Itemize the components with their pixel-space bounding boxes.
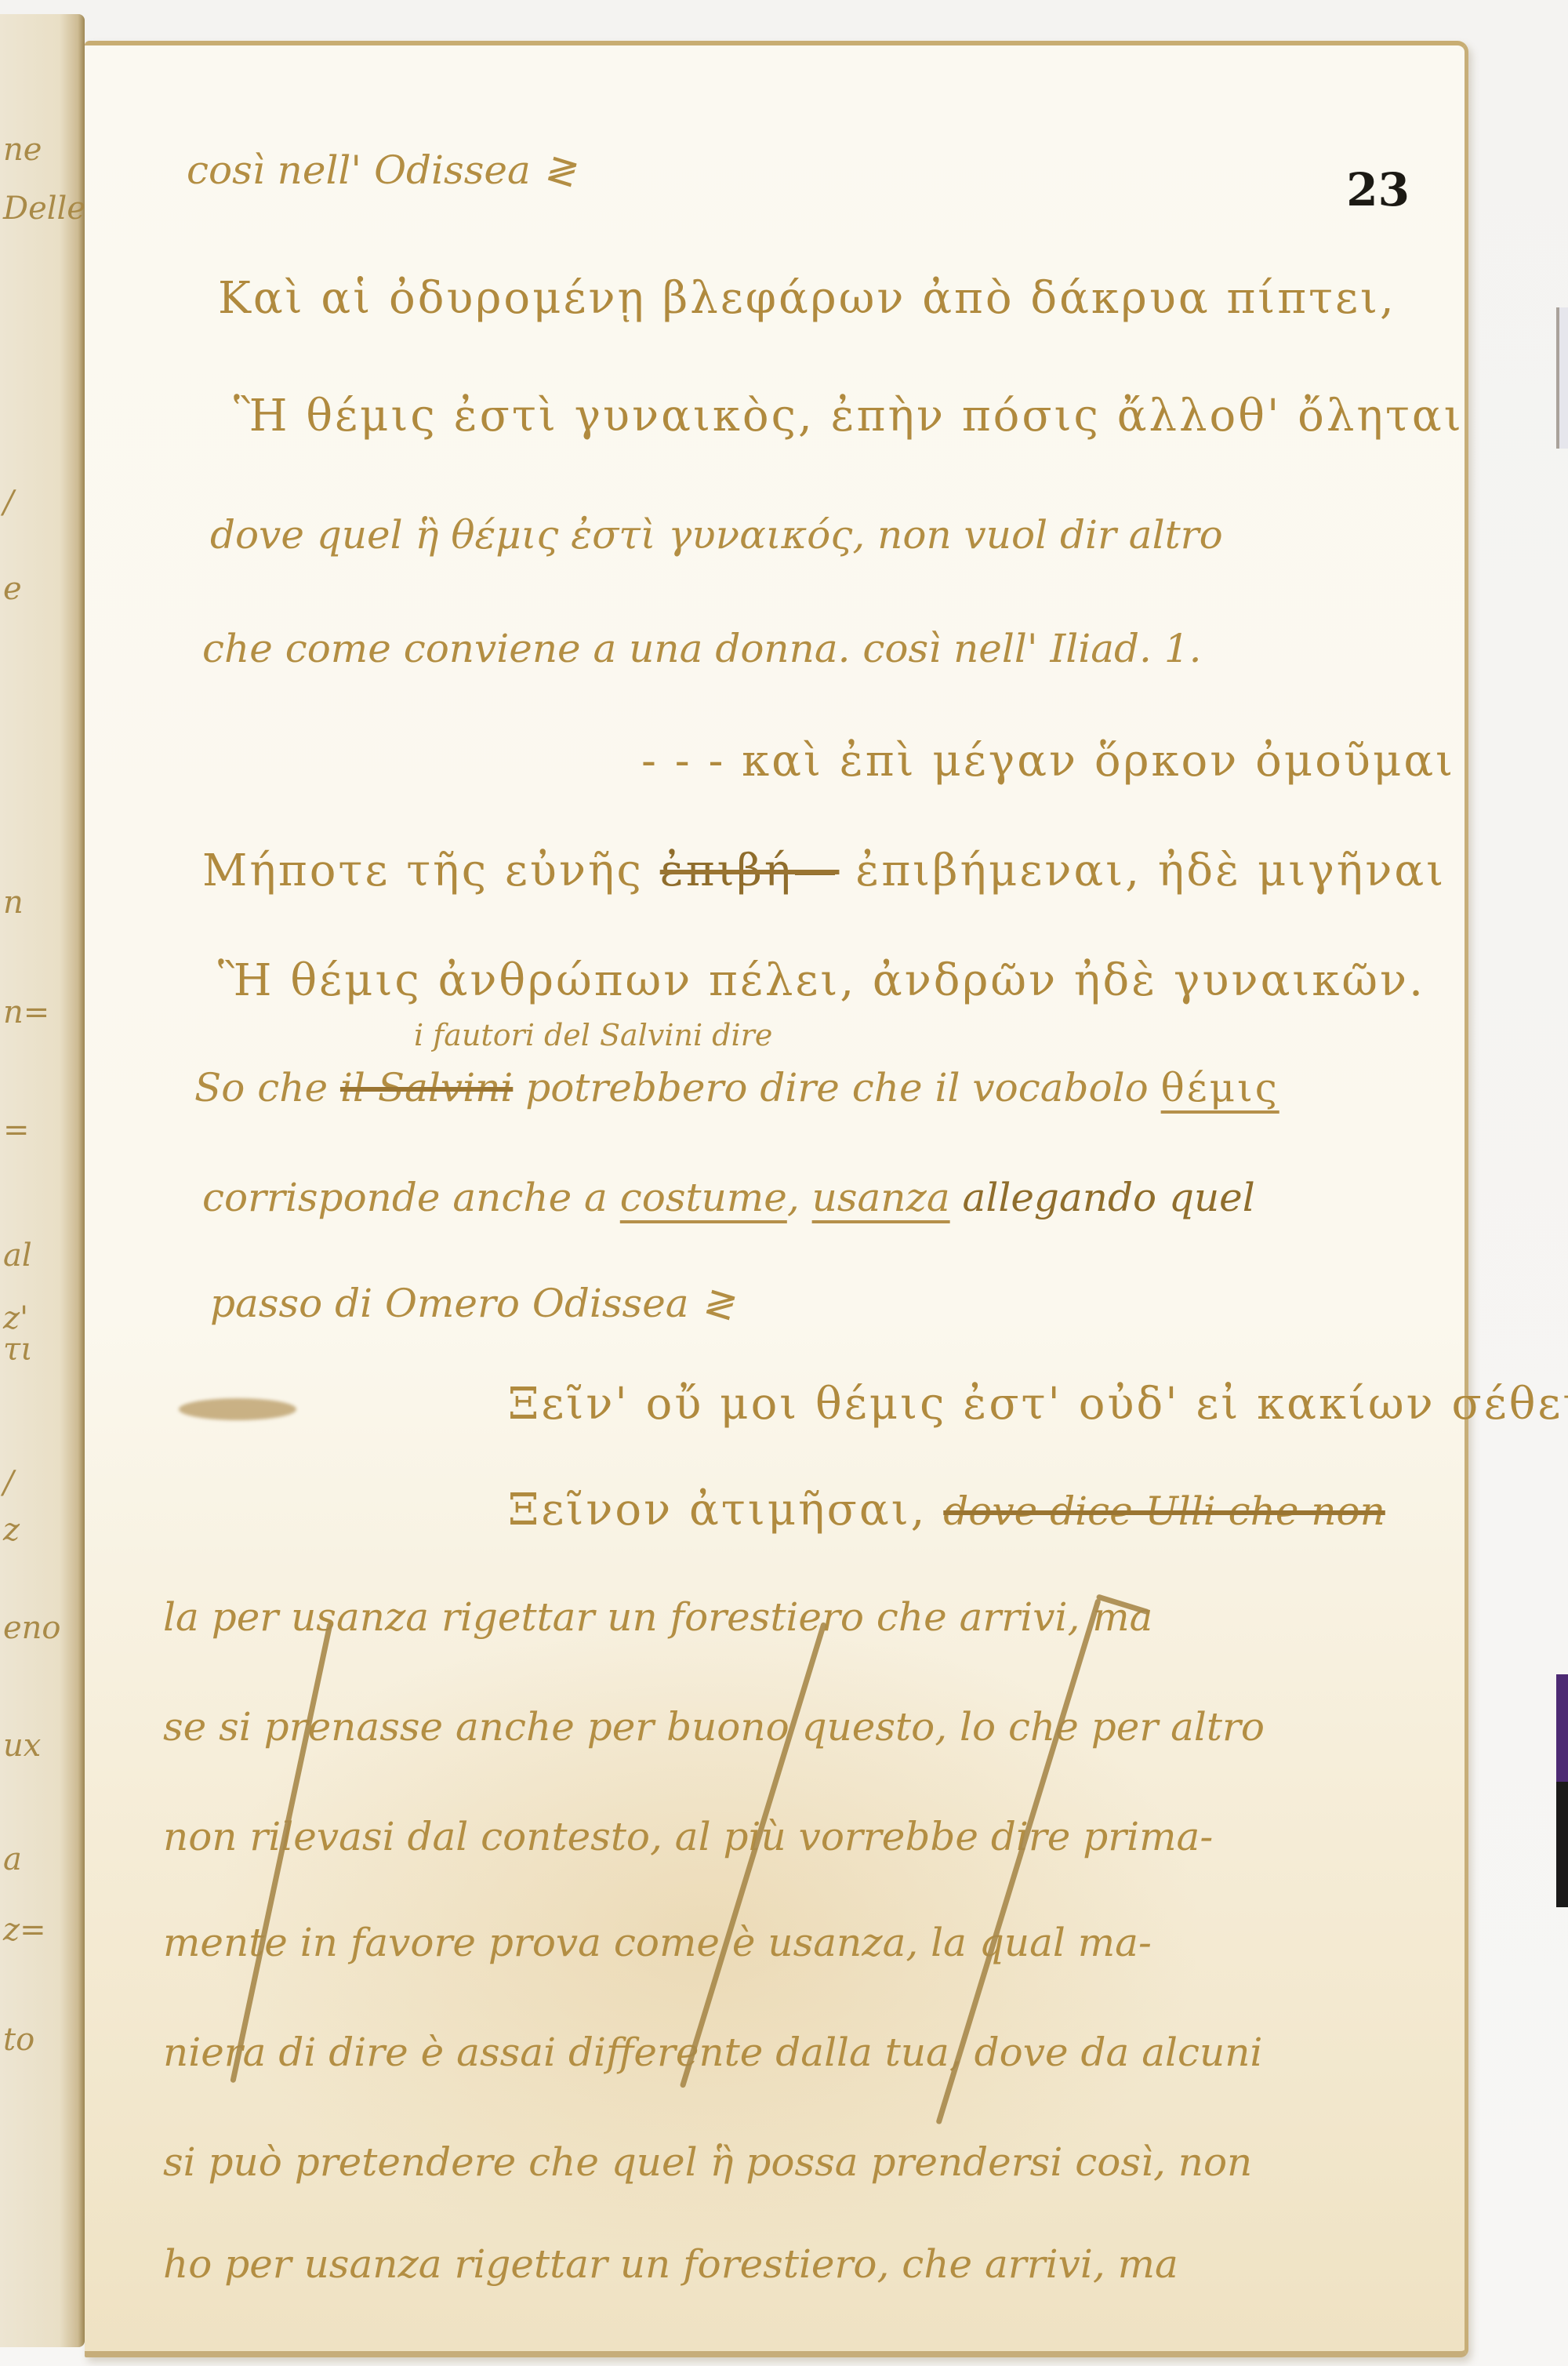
margin-fragment: al <box>3 1238 32 1274</box>
margin-fragment: n <box>3 885 24 921</box>
ink-smudge <box>179 1398 296 1420</box>
greek-verse-line: Μήποτε τῆς εὐνῆς ἐπιβή— ἐπιβήμεναι, ἠδὲ … <box>202 845 1446 896</box>
text-line: So che il Salvini potrebbero dire che il… <box>194 1065 1279 1110</box>
verse-part: ἐπιβήμεναι <box>855 845 1125 896</box>
cancelled-text-line: niera di dire è assai differente dalla t… <box>163 2030 1262 2075</box>
margin-fragment: n= <box>3 994 49 1030</box>
cancelled-text-line: se si prenasse anche per buono questo, l… <box>163 1704 1265 1750</box>
cancelled-text-line: non rilevasi dal contesto, al più vorreb… <box>163 1814 1213 1859</box>
interlinear-insertion: i fautori del Salvini dire <box>414 1018 772 1052</box>
greek-verse-line: Ἣ θέμις ἐστὶ γυναικὸς, ἐπὴν πόσις ἄλλοθ'… <box>234 391 1464 442</box>
verse-part: Ξεῖνον ἀτιμῆσαι, <box>508 1485 943 1536</box>
text-line: dove quel ἣ θέμις ἐστὶ γυναικός, non vuo… <box>210 512 1223 558</box>
margin-fragment: τι <box>3 1332 33 1368</box>
text-part: , <box>787 1175 812 1220</box>
greek-term: θέμις <box>1161 1065 1279 1110</box>
margin-fragment: z <box>3 1512 20 1548</box>
folio-number: 23 <box>1346 163 1410 216</box>
facing-page-left: ne Delle. / e n n= = al z' τι / z eno ux… <box>0 14 85 2347</box>
text-part: So che <box>194 1065 340 1110</box>
verse-part: , ἠδὲ μιγῆναι <box>1125 845 1446 896</box>
text-line: che come conviene a una donna. così nell… <box>202 626 1202 671</box>
text-part: potrebbero dire che il vocabolo <box>513 1065 1160 1110</box>
margin-fragment: Delle. <box>3 191 96 227</box>
text-line: così nell' Odissea ≷ <box>187 147 576 193</box>
manuscript-leaf: 23 così nell' Odissea ≷ Καὶ αἱ ὀδυρομένῃ… <box>85 41 1468 2357</box>
struck-word: il Salvini <box>340 1065 513 1110</box>
greek-verse-line: Ξεῖνον ἀτιμῆσαι, dove dice Ulli che non <box>508 1485 1385 1536</box>
margin-fragment: z= <box>3 1912 46 1948</box>
greek-verse-line: - - - καὶ ἐπὶ μέγαν ὅρκον ὀμοῦμαι <box>641 736 1455 787</box>
calibration-patch-gray <box>1556 307 1568 449</box>
cancelled-text-line: la per usanza rigettar un forestiero che… <box>163 1594 1152 1640</box>
cancelled-text-line: si può pretendere che quel ἣ possa prend… <box>163 2139 1252 2185</box>
cancelled-text-line: mente in favore prova come è usanza, la … <box>163 1920 1152 1965</box>
greek-verse-line: Ξεῖν' οὔ μοι θέμις ἐστ' οὐδ' εἰ κακίων σ… <box>508 1379 1568 1430</box>
underlined-word: usanza <box>812 1175 950 1220</box>
margin-fragment: ne <box>3 132 42 168</box>
calibration-patch-purple <box>1556 1674 1568 1782</box>
text-part: corrisponde anche a <box>202 1175 620 1220</box>
text-part: allegando quel <box>950 1175 1255 1220</box>
calibration-patch-black <box>1556 1782 1568 1907</box>
struck-phrase: dove dice Ulli che non <box>943 1488 1385 1534</box>
margin-fragment: a <box>3 1841 22 1877</box>
text-line: corrisponde anche a costume, usanza alle… <box>202 1175 1255 1220</box>
underlined-word: costume <box>620 1175 787 1220</box>
margin-fragment: = <box>3 1112 30 1148</box>
margin-fragment: ux <box>3 1728 41 1764</box>
margin-fragment: eno <box>3 1610 61 1646</box>
greek-verse-line: Καὶ αἱ ὀδυρομένῃ βλεφάρων ἀπὸ δάκρυα πίπ… <box>218 273 1396 324</box>
margin-fragment: / <box>3 485 13 521</box>
margin-fragment: to <box>3 2022 34 2058</box>
margin-fragment: / <box>3 1465 13 1501</box>
text-line: passo di Omero Odissea ≷ <box>210 1281 734 1326</box>
struck-word: ἐπιβή— <box>660 845 840 896</box>
cancelled-text-line: ho per usanza rigettar un forestiero, ch… <box>163 2241 1178 2287</box>
margin-fragment: e <box>3 571 22 607</box>
greek-verse-line: Ἣ θέμις ἀνθρώπων πέλει, ἀνδρῶν ἠδὲ γυναι… <box>218 955 1425 1006</box>
verse-part: Μήποτε τῆς εὐνῆς <box>202 845 660 896</box>
